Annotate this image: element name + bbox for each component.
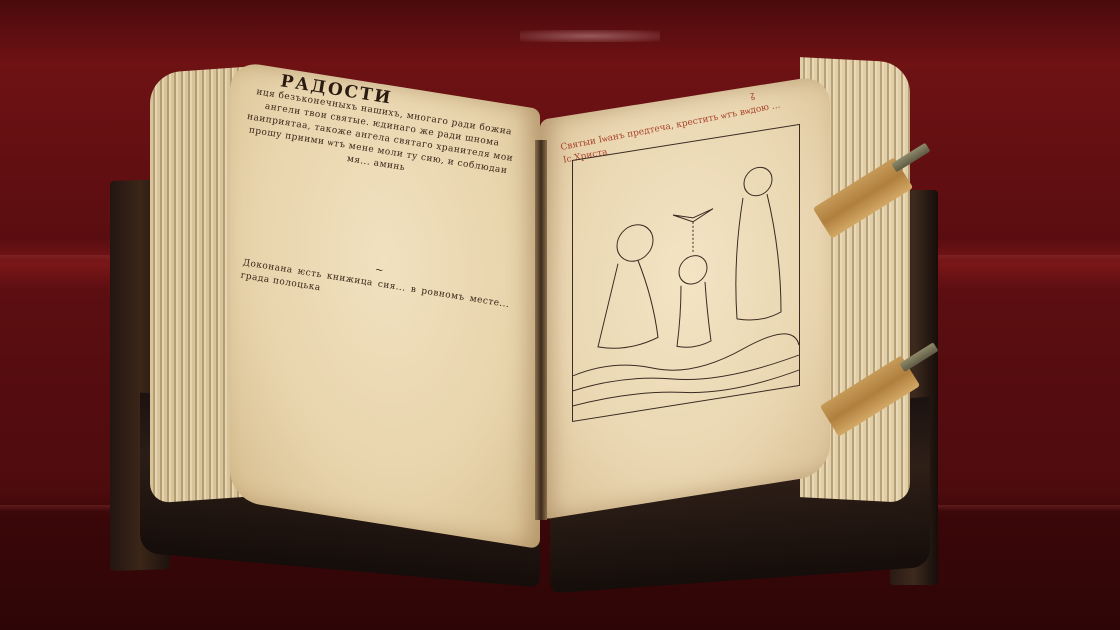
open-book: РАДОСТИ иця безъконечныхъ нашихъ, многаг… [110, 50, 940, 580]
ornament: ~ [374, 264, 384, 276]
woodcut-illustration [572, 124, 800, 422]
light-reflection [520, 30, 660, 42]
book-gutter [535, 140, 547, 520]
baptism-woodcut-icon [573, 125, 799, 421]
